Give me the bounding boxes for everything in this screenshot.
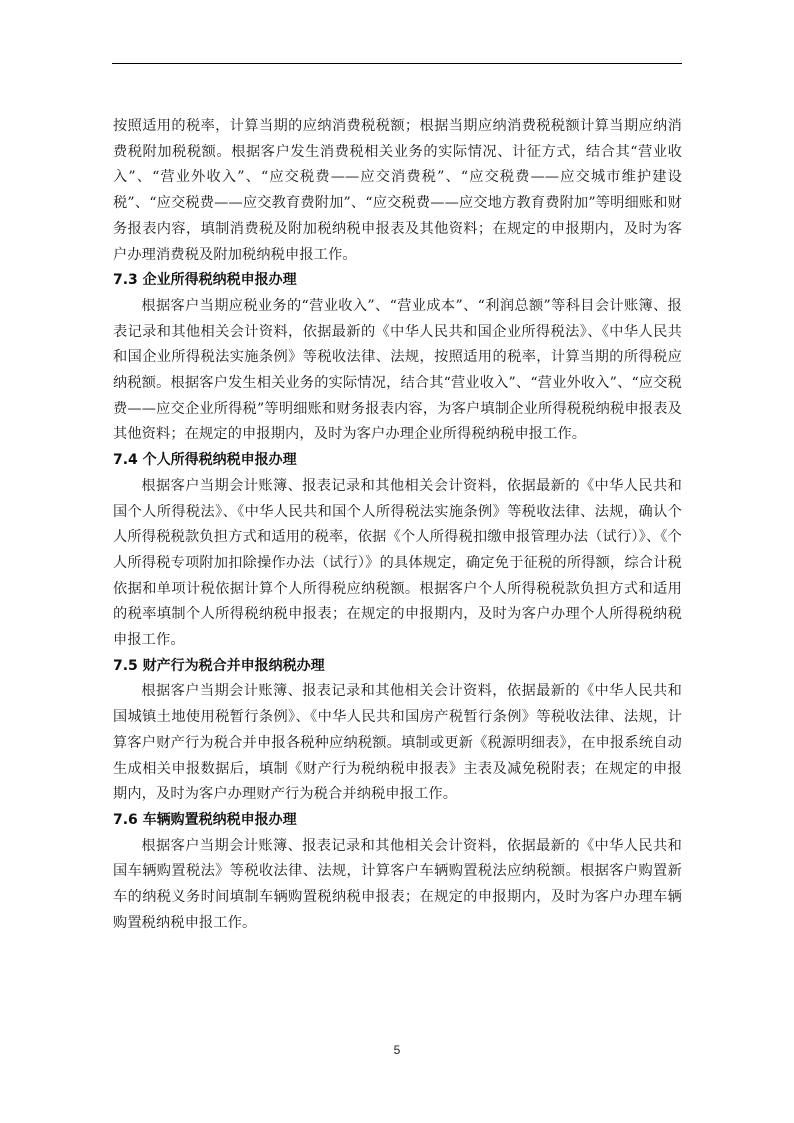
- section-heading-7-6: 7.6 车辆购置税纳税申报办理: [113, 808, 682, 834]
- page-content: 按照适用的税率，计算当期的应纳消费税税额；根据当期应纳消费税税额计算当期应纳消费…: [113, 114, 682, 937]
- page-number: 5: [0, 1043, 794, 1057]
- section-body-7-4: 根据客户当期会计账簿、报表记录和其他相关会计资料，依据最新的《中华人民共和国个人…: [113, 474, 682, 654]
- section-body-7-6: 根据客户当期会计账簿、报表记录和其他相关会计资料，依据最新的《中华人民共和国车辆…: [113, 834, 682, 937]
- continuation-paragraph: 按照适用的税率，计算当期的应纳消费税税额；根据当期应纳消费税税额计算当期应纳消费…: [113, 114, 682, 268]
- section-body-7-5: 根据客户当期会计账簿、报表记录和其他相关会计资料，依据最新的《中华人民共和国城镇…: [113, 679, 682, 808]
- section-heading-7-3: 7.3 企业所得税纳税申报办理: [113, 268, 682, 294]
- section-heading-7-5: 7.5 财产行为税合并申报纳税办理: [113, 654, 682, 680]
- section-heading-7-4: 7.4 个人所得税纳税申报办理: [113, 448, 682, 474]
- header-rule: [112, 63, 682, 64]
- section-body-7-3: 根据客户当期应税业务的“营业收入”、“营业成本”、“利润总额”等科目会计账簿、报…: [113, 294, 682, 448]
- document-page: 按照适用的税率，计算当期的应纳消费税税额；根据当期应纳消费税税额计算当期应纳消费…: [0, 0, 794, 1123]
